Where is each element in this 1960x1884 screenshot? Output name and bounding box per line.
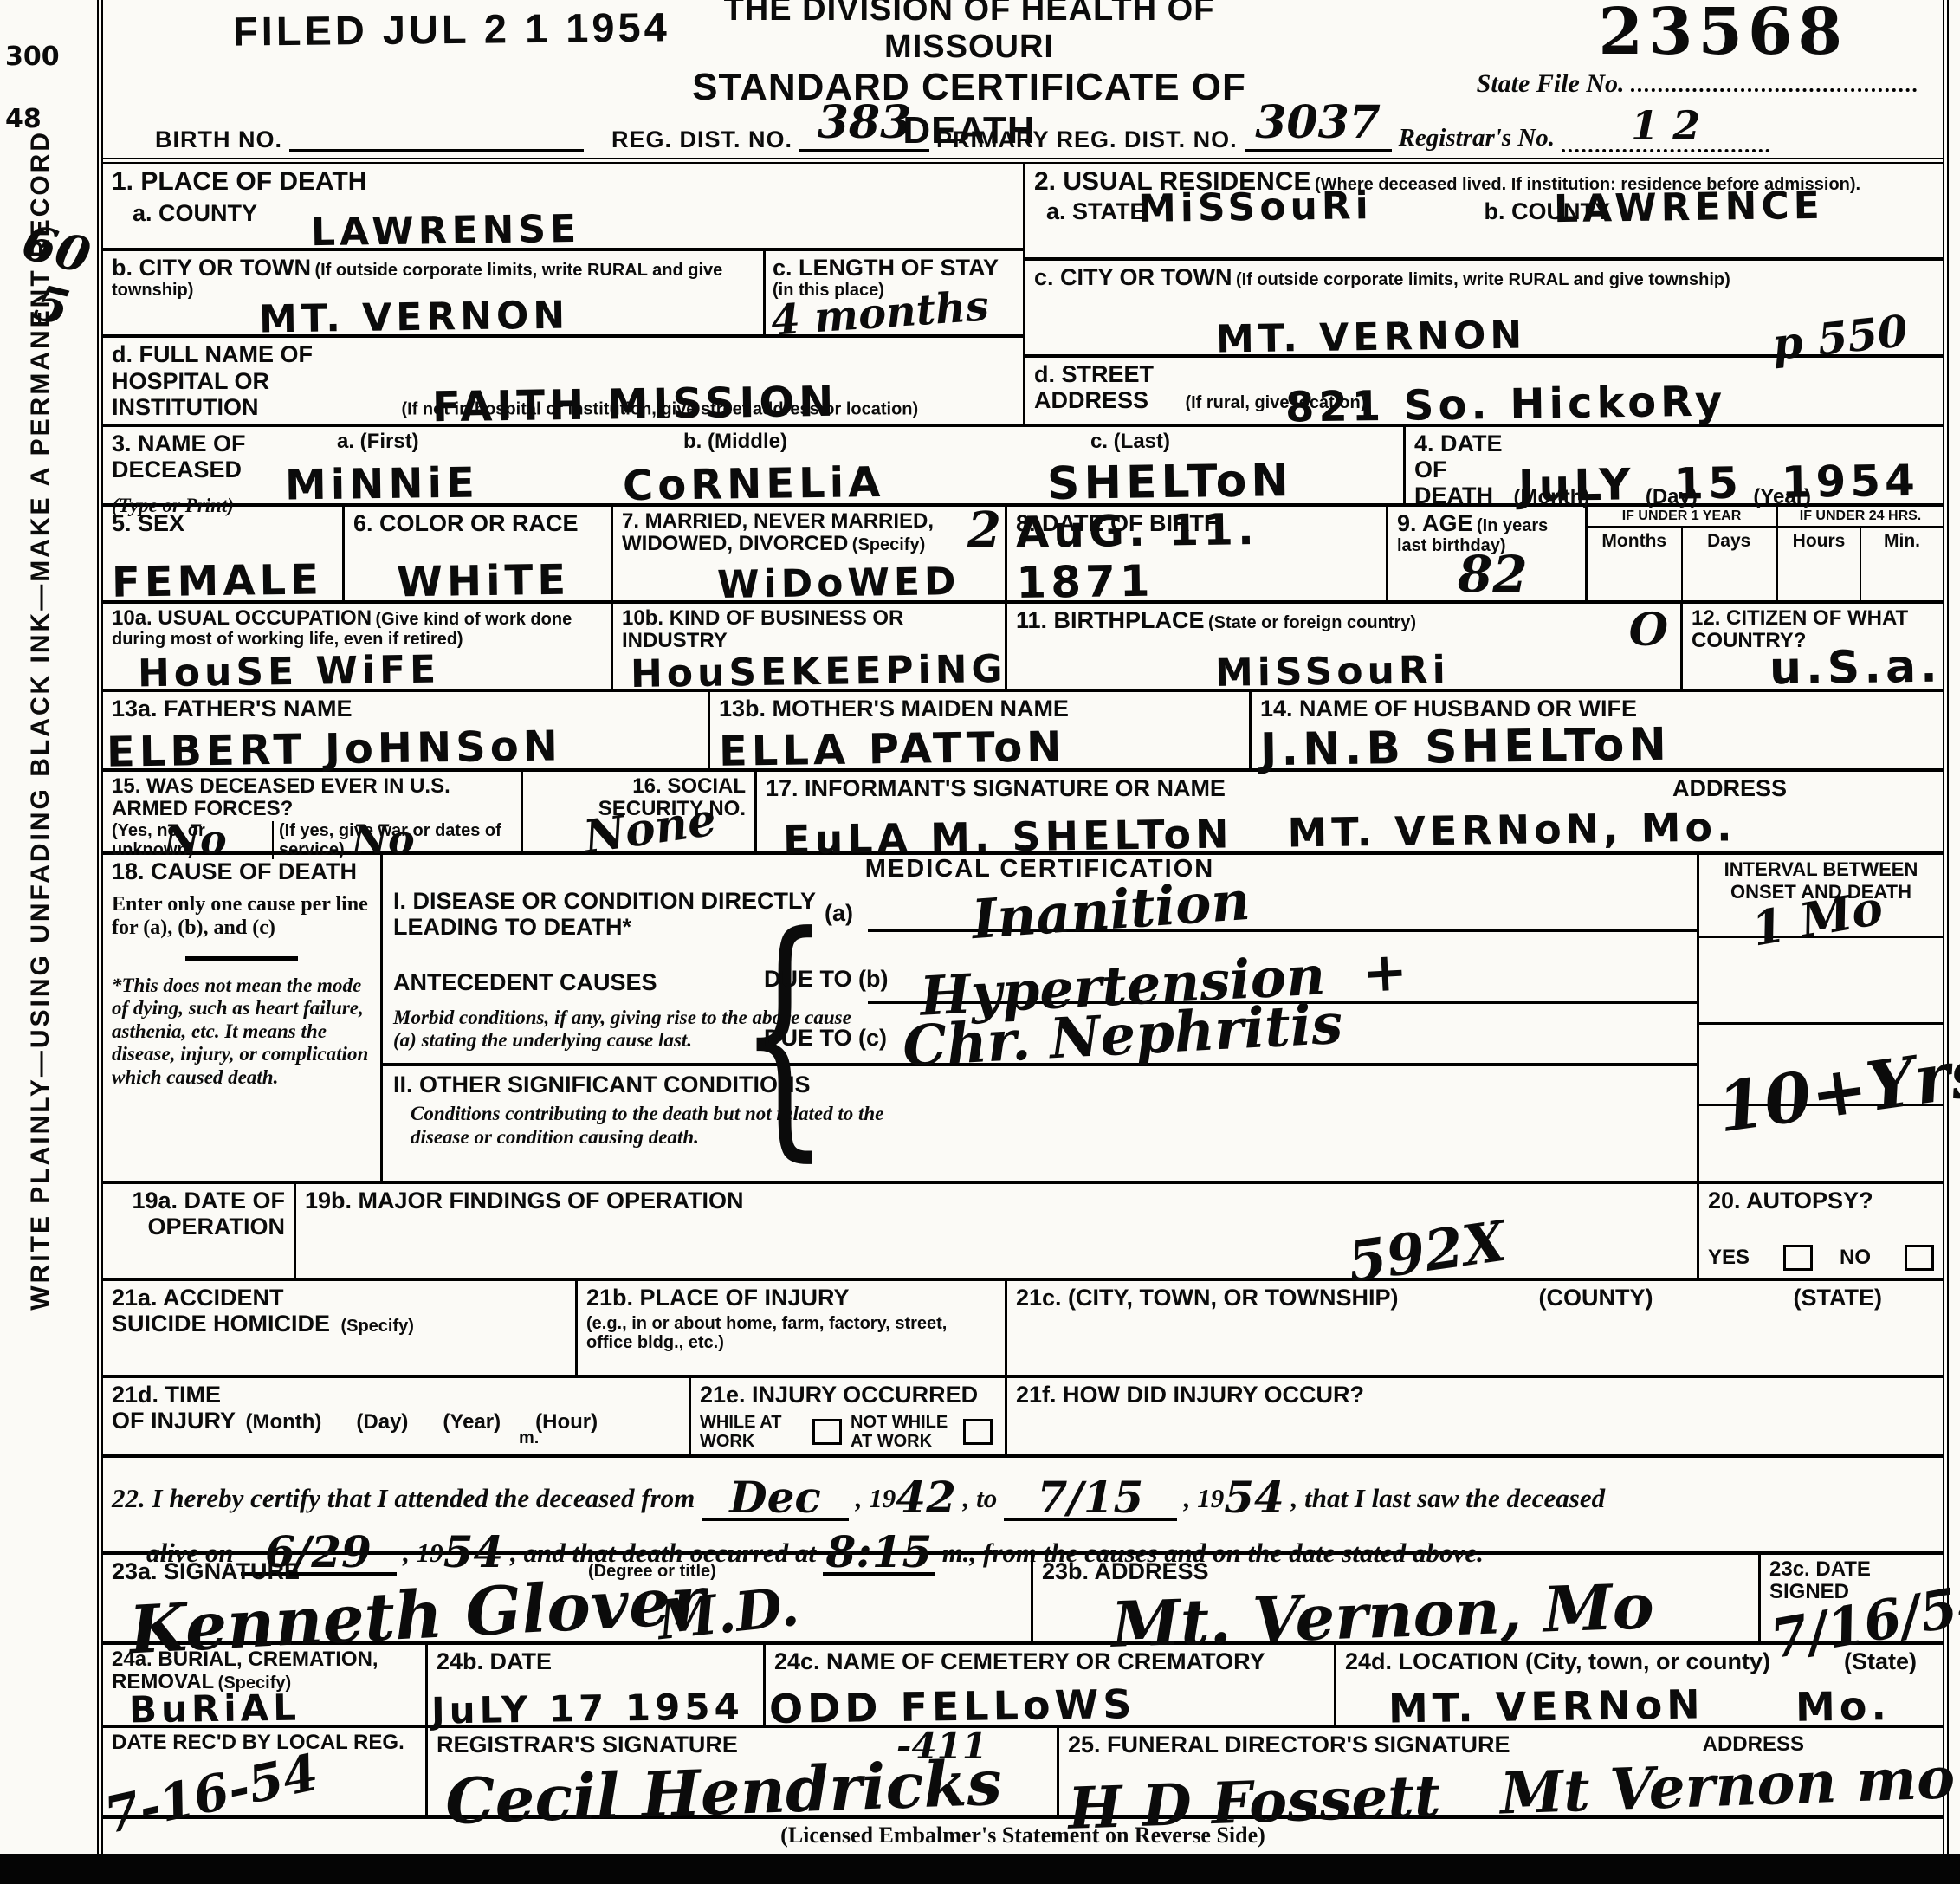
- death-certificate-scan: 300 48 60 5 WRITE PLAINLY—USING UNFADING…: [0, 0, 1960, 1884]
- pod-city-field: b. CITY OR TOWN (If outside corporate li…: [103, 251, 1023, 338]
- physician-degree-value: M.D.: [655, 1575, 802, 1653]
- injury-occurred-label: 21e. INJURY OCCURRED: [700, 1382, 996, 1408]
- cause-c-tag: DUE TO (c): [764, 1025, 887, 1051]
- other-conditions-label: II. OTHER SIGNIFICANT CONDITIONS: [393, 1071, 1686, 1097]
- row-forces-informant: 15. WAS DECEASED EVER IN U.S. ARMED FORC…: [103, 768, 1943, 851]
- interval-c-value: 10+Yrs: [1712, 1033, 1960, 1149]
- injury-county-label: (COUNTY): [1539, 1285, 1653, 1371]
- certify-to-blank: 7/15: [1004, 1466, 1177, 1521]
- certification-statement: 22. I hereby certify that I attended the…: [103, 1458, 1943, 1551]
- certify-p5: , that I last saw the deceased: [1291, 1483, 1606, 1513]
- certify-to-value: 7/15: [1038, 1472, 1144, 1523]
- name-first-header: a. (First): [337, 431, 597, 453]
- mother-cell: 13b. MOTHER'S MAIDEN NAME ELLA PATToN: [708, 692, 1249, 768]
- pod-stay-label: c. LENGTH OF STAY: [773, 255, 999, 281]
- business-cell: 10b. KIND OF BUSINESS OR INDUSTRY HouSEK…: [611, 604, 1005, 689]
- name-label: 3. NAME OF DECEASED: [112, 431, 268, 482]
- burial-type-cell: 24a. BURIAL, CREMATION, REMOVAL (Specify…: [103, 1645, 425, 1725]
- birthplace-cell: 11. BIRTHPLACE (State or foreign country…: [1005, 604, 1680, 689]
- while-at-work-checkbox: [812, 1419, 842, 1445]
- form-table: 1. PLACE OF DEATH a. COUNTY LAWRENSE b. …: [103, 158, 1943, 1815]
- interval-column: INTERVAL BETWEEN ONSET AND DEATH 1 Mo 10…: [1697, 855, 1943, 1181]
- marital-value: WiDoWED: [717, 560, 961, 607]
- row-sex-age: 5. SEX FEMALE 6. COLOR OR RACE WHiTE 7. …: [103, 503, 1943, 600]
- operation-date-cell: 19a. DATE OF OPERATION: [103, 1184, 294, 1278]
- pod-city-subcell: b. CITY OR TOWN (If outside corporate li…: [103, 251, 763, 334]
- certify-p1: 22. I hereby certify that I attended the…: [112, 1483, 695, 1513]
- interval-a-line: 1 Mo: [1699, 903, 1943, 938]
- res-city-label: c. CITY OR TOWN: [1034, 264, 1232, 290]
- registrar-no-value-wrap: 1 2: [1562, 102, 1769, 152]
- res-state-label: a. STATE: [1046, 198, 1146, 224]
- under-24hr-header: IF UNDER 24 HRS.: [1778, 507, 1943, 528]
- certify-from-value: Dec: [729, 1472, 821, 1523]
- dob-value: AuG. 11. 1871: [1015, 502, 1387, 608]
- pod-title: 1. PLACE OF DEATH: [112, 167, 1014, 197]
- certificate-title: STANDARD CERTIFICATE OF DEATH: [640, 66, 1298, 152]
- age-value: 82: [1458, 545, 1528, 604]
- certify-to-year: 54: [1224, 1472, 1284, 1523]
- registrar-no-label: Registrar's No.: [1399, 124, 1555, 152]
- armed-forces-label: 15. WAS DECEASED EVER IN U.S. ARMED FORC…: [112, 775, 512, 821]
- row-name-dod: 3. NAME OF DECEASED (Type or Print) a. (…: [103, 424, 1943, 503]
- date-received-label: DATE REC'D BY LOCAL REG.: [112, 1731, 404, 1754]
- state-file-no: State File No.: [1477, 69, 1917, 99]
- place-of-injury-label: 21b. PLACE OF INJURY: [586, 1285, 850, 1311]
- burial-state-value: Mo.: [1795, 1682, 1892, 1731]
- registrar-no-value: 1 2: [1631, 102, 1700, 149]
- how-injury-label: 21f. HOW DID INJURY OCCUR?: [1016, 1382, 1364, 1408]
- age-cell: 9. AGE (In years last birthday) 82: [1386, 507, 1585, 600]
- armed-forces-cell: 15. WAS DECEASED EVER IN U.S. ARMED FORC…: [103, 772, 521, 851]
- name-first-cell: a. (First) MiNNiE: [276, 427, 605, 503]
- place-of-injury-note: (e.g., in or about home, farm, factory, …: [586, 1314, 996, 1352]
- filed-date-stamp: FILED JUL 2 1 1954: [233, 3, 670, 55]
- marital-stray-mark: 2: [967, 502, 1001, 559]
- citizen-cell: 12. CITIZEN OF WHAT COUNTRY? u.S.a.: [1680, 604, 1943, 689]
- certificate-number: 23568: [1599, 0, 1847, 69]
- state-file-blank: [1631, 69, 1917, 92]
- res-state-value: MiSSouRi: [1138, 184, 1373, 231]
- father-cell: 13a. FATHER'S NAME ELBERT JoHNSoN: [103, 692, 708, 768]
- forces-war-subcell: (If yes, give war or dates of service) N…: [272, 821, 512, 859]
- race-value: WHiTE: [397, 556, 571, 607]
- medical-certification-title: MEDICAL CERTIFICATION: [383, 855, 1697, 884]
- registrar-signature-label: REGISTRAR'S SIGNATURE: [437, 1732, 738, 1758]
- age-under-24hr-group: IF UNDER 24 HRS. Hours Min.: [1776, 507, 1943, 600]
- accident-label: 21a. ACCIDENT SUICIDE HOMICIDE: [112, 1285, 337, 1337]
- name-middle-header: b. (Middle): [683, 431, 986, 453]
- funeral-director-label: 25. FUNERAL DIRECTOR'S SIGNATURE: [1068, 1732, 1510, 1758]
- informant-cell: 17. INFORMANT'S SIGNATURE OR NAME ADDRES…: [754, 772, 1943, 851]
- cause-part2-block: II. OTHER SIGNIFICANT CONDITIONS Conditi…: [383, 1066, 1697, 1154]
- margin-instruction-text: WRITE PLAINLY—USING UNFADING BLACK INK—M…: [26, 130, 55, 1311]
- operation-findings-label: 19b. MAJOR FINDINGS OF OPERATION: [305, 1188, 1688, 1214]
- hours-col-header: Hours: [1778, 528, 1860, 600]
- signature-cell: 23a. SIGNATURE (Degree or title) Kenneth…: [103, 1555, 1031, 1641]
- min-col-header: Min.: [1860, 528, 1943, 600]
- burial-location-cell: 24d. LOCATION (City, town, or county) (S…: [1334, 1645, 1943, 1725]
- name-last-cell: c. (Last) SHELToN: [995, 427, 1403, 503]
- not-while-at-work-checkbox: [963, 1419, 993, 1445]
- cause-a-line: (a) Inanition: [868, 884, 1697, 932]
- cause-note1: Enter only one cause per line for (a), (…: [112, 893, 372, 939]
- date-received-cell: DATE REC'D BY LOCAL REG. 7-16-54: [103, 1728, 425, 1815]
- row-time-of-injury: 21d. TIME OF INJURY (Month) (Day) (Year)…: [103, 1375, 1943, 1454]
- pod-county-value: LAWRENSE: [311, 207, 581, 255]
- injury-state-label: (STATE): [1794, 1285, 1882, 1371]
- birthplace-stray-mark: O: [1629, 604, 1668, 657]
- cause-label: 18. CAUSE OF DEATH: [112, 858, 372, 884]
- registrar-signature-cell: REGISTRAR'S SIGNATURE -411 Cecil Hendric…: [425, 1728, 1057, 1815]
- autopsy-yes-checkbox: [1783, 1245, 1813, 1271]
- cause-divider-rule: [185, 956, 298, 961]
- occupation-cell: 10a. USUAL OCCUPATION (Give kind of work…: [103, 604, 611, 689]
- time-of-injury-columns: (Month) (Day) (Year) (Hour): [245, 1410, 598, 1434]
- burial-location-label: 24d. LOCATION (City, town, or county): [1345, 1648, 1770, 1674]
- age-under-1yr-group: IF UNDER 1 YEAR Months Days: [1585, 507, 1776, 600]
- cause-c-line: DUE TO (c) Chr. Nephritis: [868, 1004, 1697, 1063]
- burial-date-label: 24b. DATE: [437, 1648, 754, 1674]
- autopsy-no-checkbox: [1905, 1245, 1934, 1271]
- burial-type-value: BuRiAL: [129, 1687, 301, 1732]
- mother-value: ELLA PATToN: [719, 722, 1066, 776]
- spouse-value: J.N.B SHELToN: [1260, 719, 1672, 777]
- row-parents-spouse: 13a. FATHER'S NAME ELBERT JoHNSoN 13b. M…: [103, 689, 1943, 768]
- row-occupation: 10a. USUAL OCCUPATION (Give kind of work…: [103, 600, 1943, 689]
- birthplace-note: (State or foreign country): [1208, 613, 1416, 632]
- occupation-value: HouSE WiFE: [138, 648, 441, 696]
- name-last-value: SHELToN: [1047, 455, 1294, 510]
- pod-city-value: MT. VERNON: [259, 294, 570, 342]
- cause-part1-block: I. DISEASE OR CONDITION DIRECTLY LEADING…: [383, 855, 1697, 1066]
- race-cell: 6. COLOR OR RACE WHiTE: [342, 507, 611, 600]
- sex-label: 5. SEX: [112, 510, 333, 536]
- division-title: THE DIVISION OF HEALTH OF MISSOURI: [640, 0, 1298, 66]
- occupation-label: 10a. USUAL OCCUPATION: [112, 606, 372, 630]
- burial-date-cell: 24b. DATE JuLY 17 1954: [425, 1645, 763, 1725]
- business-label: 10b. KIND OF BUSINESS OR INDUSTRY: [622, 606, 903, 652]
- res-state-subcell: a. STATE MiSSouRi: [1034, 198, 1485, 224]
- accident-cell: 21a. ACCIDENT SUICIDE HOMICIDE (Specify): [103, 1281, 575, 1375]
- accident-spec-note: (Specify): [340, 1317, 413, 1336]
- res-city-value: MT. VERNON: [1216, 314, 1527, 362]
- res-county-value: LAWRENCE: [1553, 184, 1823, 231]
- not-while-at-work-label: NOT WHILE AT WORK: [851, 1413, 954, 1451]
- time-of-injury-meridiem: m.: [519, 1428, 539, 1447]
- marital-spec-note: (Specify): [852, 535, 925, 554]
- name-middle-cell: b. (Middle) CoRNELiA: [605, 427, 995, 503]
- birth-no-blank: [289, 149, 584, 152]
- while-at-work-label: WHILE AT WORK: [700, 1413, 804, 1451]
- name-middle-value: CoRNELiA: [623, 458, 885, 510]
- place-of-injury-cell: 21b. PLACE OF INJURY (e.g., in or about …: [575, 1281, 1005, 1375]
- autopsy-label: 20. AUTOPSY?: [1708, 1188, 1934, 1214]
- row-registrar: DATE REC'D BY LOCAL REG. 7-16-54 REGISTR…: [103, 1725, 1943, 1815]
- mother-label: 13b. MOTHER'S MAIDEN NAME: [719, 696, 1240, 722]
- cemetery-label: 24c. NAME OF CEMETERY OR CREMATORY: [774, 1648, 1325, 1674]
- certify-from-blank: Dec: [702, 1466, 849, 1521]
- header: FILED JUL 2 1 1954 THE DIVISION OF HEALT…: [103, 0, 1943, 102]
- res-city-note: (If outside corporate limits, write RURA…: [1236, 270, 1730, 289]
- name-label-cell: 3. NAME OF DECEASED (Type or Print): [103, 427, 276, 503]
- under-1yr-header: IF UNDER 1 YEAR: [1588, 507, 1776, 528]
- marital-cell: 7. MARRIED, NEVER MARRIED, WIDOWED, DIVO…: [611, 507, 1005, 600]
- cause-a-tag: (a): [825, 900, 853, 926]
- cause-note2: *This does not mean the mode of dying, s…: [112, 974, 372, 1089]
- row-burial: 24a. BURIAL, CREMATION, REMOVAL (Specify…: [103, 1641, 1943, 1725]
- res-state-county-field: 2. USUAL RESIDENCE (Where deceased lived…: [1025, 164, 1943, 261]
- age-label: 9. AGE: [1397, 510, 1473, 536]
- race-label: 6. COLOR OR RACE: [353, 510, 602, 536]
- forces-answer-subcell: (Yes, no, or unknown) No: [112, 821, 272, 859]
- dod-label: 4. DATE OF DEATH: [1414, 431, 1510, 509]
- state-file-label: State File No.: [1477, 69, 1625, 98]
- autopsy-yes-label: YES: [1708, 1246, 1750, 1269]
- pod-hospital-value: FAITH MISSION: [432, 378, 838, 432]
- signature-label: 23a. SIGNATURE: [112, 1558, 300, 1584]
- burial-location-value: MT. VERNoN: [1388, 1680, 1704, 1732]
- dod-value: JuLY 15 1954: [1518, 456, 1920, 511]
- place-of-death-section: 1. PLACE OF DEATH a. COUNTY LAWRENSE b. …: [103, 164, 1023, 424]
- informant-label: 17. INFORMANT'S SIGNATURE OR NAME: [766, 775, 1226, 801]
- certificate-paper: FILED JUL 2 1 1954 THE DIVISION OF HEALT…: [97, 0, 1949, 1854]
- date-signed-cell: 23c. DATE SIGNED 7/16/54: [1758, 1555, 1943, 1641]
- autopsy-cell: 20. AUTOPSY? YES NO: [1697, 1184, 1943, 1278]
- birth-no-label: BIRTH NO.: [155, 126, 282, 152]
- operation-date-label: 19a. DATE OF OPERATION: [112, 1188, 285, 1240]
- spouse-label: 14. NAME OF HUSBAND OR WIFE: [1260, 696, 1934, 722]
- res-street-field: d. STREET ADDRESS (If rural, give locati…: [1025, 358, 1943, 424]
- cause-b-tag: DUE TO (b): [764, 966, 889, 992]
- certify-p3: , to: [963, 1483, 998, 1513]
- burial-date-value: JuLY 17 1954: [431, 1685, 744, 1732]
- row-place-residence: 1. PLACE OF DEATH a. COUNTY LAWRENSE b. …: [103, 164, 1943, 424]
- date-of-death-cell: 4. DATE OF DEATH (Month) (Day) (Year) Ju…: [1403, 427, 1943, 503]
- name-first-value: MiNNiE: [285, 458, 480, 509]
- pod-stay-subcell: c. LENGTH OF STAY (in this place) 4 mont…: [763, 251, 1023, 334]
- birthplace-label: 11. BIRTHPLACE: [1016, 607, 1205, 633]
- scan-bottom-bar: [0, 1854, 1960, 1884]
- interval-c-line: 10+Yrs: [1699, 1025, 1943, 1106]
- certify-p4: , 19: [1184, 1483, 1225, 1513]
- row-physician-signature: 23a. SIGNATURE (Degree or title) Kenneth…: [103, 1551, 1943, 1641]
- burial-state-note: (State): [1844, 1648, 1917, 1674]
- days-col-header: Days: [1681, 528, 1776, 600]
- spouse-cell: 14. NAME OF HUSBAND OR WIFE J.N.B SHELTo…: [1249, 692, 1943, 768]
- left-margin: 300 48 60 5 WRITE PLAINLY—USING UNFADING…: [0, 0, 97, 1854]
- cause-left-column: 18. CAUSE OF DEATH Enter only one cause …: [103, 855, 380, 1181]
- name-last-header: c. (Last): [1090, 431, 1394, 453]
- res-city-field: c. CITY OR TOWN (If outside corporate li…: [1025, 261, 1943, 358]
- father-label: 13a. FATHER'S NAME: [112, 696, 699, 722]
- pod-hospital-label: d. FULL NAME OF HOSPITAL OR INSTITUTION: [112, 341, 398, 420]
- sex-value: FEMALE: [112, 555, 324, 606]
- autopsy-no-label: NO: [1840, 1246, 1871, 1269]
- time-of-injury-cell: 21d. TIME OF INJURY (Month) (Day) (Year)…: [103, 1378, 689, 1454]
- physician-address-cell: 23b. ADDRESS Mt. Vernon, Mo: [1031, 1555, 1758, 1641]
- ssn-cell: 16. SOCIAL SECURITY NO. None: [521, 772, 754, 851]
- father-value: ELBERT JoHNSoN: [107, 722, 563, 776]
- res-city-subcell: c. CITY OR TOWN (If outside corporate li…: [1025, 261, 1943, 354]
- certify-p2: , 19: [856, 1483, 896, 1513]
- certify-from-year: 42: [896, 1472, 956, 1523]
- time-of-injury-label: 21d. TIME OF INJURY: [112, 1382, 242, 1434]
- margin-mark-300: 300: [5, 42, 60, 72]
- how-injury-cell: 21f. HOW DID INJURY OCCUR?: [1005, 1378, 1943, 1454]
- res-street-label: d. STREET ADDRESS: [1034, 361, 1181, 413]
- citizen-value: u.S.a.: [1769, 641, 1943, 696]
- sex-cell: 5. SEX FEMALE: [103, 507, 342, 600]
- dob-cell: 8. DATE OF BIRTH AuG. 11. 1871: [1005, 507, 1386, 600]
- funeral-director-cell: 25. FUNERAL DIRECTOR'S SIGNATURE ADDRESS…: [1057, 1728, 1943, 1815]
- physician-address-label: 23b. ADDRESS: [1042, 1558, 1209, 1584]
- pod-county-field: 1. PLACE OF DEATH a. COUNTY LAWRENSE: [103, 164, 1023, 251]
- title-block: THE DIVISION OF HEALTH OF MISSOURI STAND…: [640, 0, 1298, 152]
- res-county-subcell: b. COUNTY LAWRENCE: [1485, 198, 1935, 224]
- business-value: HouSEKEEPiNG: [631, 647, 1007, 696]
- operation-findings-cell: 19b. MAJOR FINDINGS OF OPERATION 592X: [294, 1184, 1697, 1278]
- row-operation-autopsy: 19a. DATE OF OPERATION 19b. MAJOR FINDIN…: [103, 1181, 1943, 1278]
- birthplace-value: MiSSouRi: [1215, 648, 1450, 696]
- row-cause-of-death: 18. CAUSE OF DEATH Enter only one cause …: [103, 851, 1943, 1181]
- months-col-header: Months: [1588, 528, 1681, 600]
- interval-spacer: [1699, 938, 1943, 1025]
- cause-b-line: DUE TO (b) Hypertension +: [868, 932, 1697, 1003]
- res-street-value: 821 So. HickoRy: [1285, 377, 1727, 431]
- pod-hospital-field: d. FULL NAME OF HOSPITAL OR INSTITUTION …: [103, 338, 1023, 424]
- injury-city-label: 21c. (CITY, TOWN, OR TOWNSHIP): [1016, 1285, 1399, 1371]
- pod-city-label: b. CITY OR TOWN: [112, 255, 311, 281]
- injury-occurred-cell: 21e. INJURY OCCURRED WHILE AT WORK NOT W…: [689, 1378, 1005, 1454]
- cause-part1-right: (a) Inanition DUE TO (b) Hypertension + …: [868, 884, 1697, 1063]
- row-accident: 21a. ACCIDENT SUICIDE HOMICIDE (Specify)…: [103, 1278, 1943, 1375]
- injury-location-cell: 21c. (CITY, TOWN, OR TOWNSHIP) (COUNTY) …: [1005, 1281, 1943, 1375]
- medical-certification-column: MEDICAL CERTIFICATION { I. DISEASE OR CO…: [380, 855, 1697, 1181]
- row-certification: 22. I hereby certify that I attended the…: [103, 1454, 1943, 1551]
- usual-residence-section: 2. USUAL RESIDENCE (Where deceased lived…: [1023, 164, 1943, 424]
- cemetery-cell: 24c. NAME OF CEMETERY OR CREMATORY ODD F…: [763, 1645, 1334, 1725]
- informant-address-label: ADDRESS: [1672, 775, 1787, 801]
